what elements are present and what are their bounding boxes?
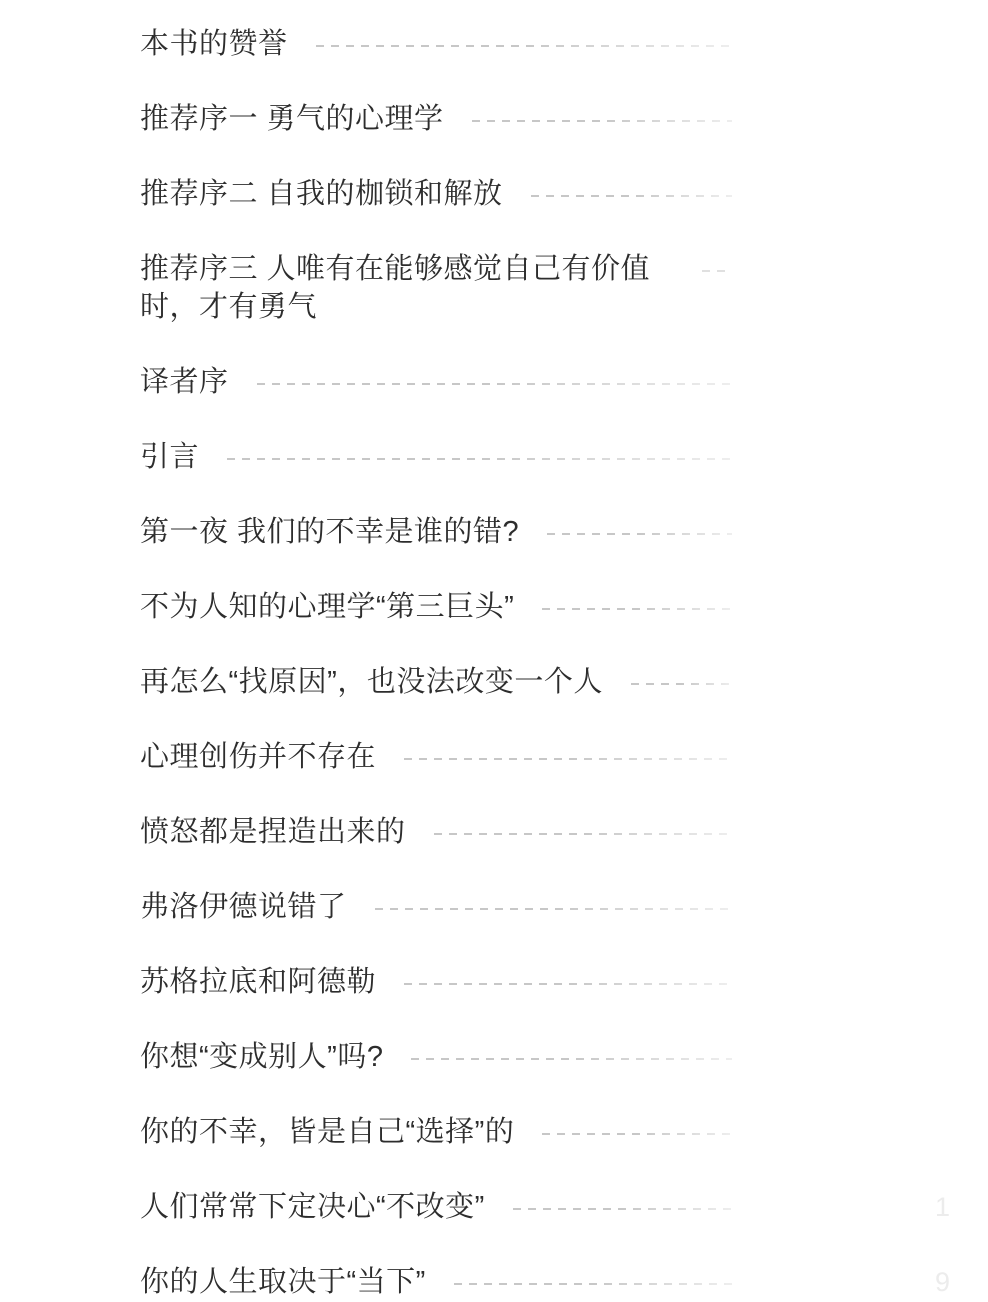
toc-entry-translator-preface[interactable]: 译者序	[140, 363, 732, 401]
toc-entry-label: 心理创伤并不存在	[140, 738, 376, 776]
toc-entry-foreword-2[interactable]: 推荐序二 自我的枷锁和解放	[140, 175, 732, 213]
dotted-leader	[257, 383, 732, 385]
dotted-leader	[513, 1208, 732, 1210]
dotted-leader	[472, 120, 732, 122]
toc-entry-label: 你想“变成别人”吗?	[140, 1038, 383, 1076]
toc-entry-label: 你的不幸，皆是自己“选择”的	[140, 1113, 514, 1151]
toc-entry-label: 译者序	[140, 363, 229, 401]
toc-entry-foreword-3[interactable]: 推荐序三 人唯有在能够感觉自己有价值 时，才有勇气	[140, 250, 732, 326]
toc-entry-label: 本书的赞誉	[140, 25, 288, 63]
dotted-leader	[531, 195, 732, 197]
toc-entry-unhappiness-chosen[interactable]: 你的不幸，皆是自己“选择”的	[140, 1113, 732, 1151]
toc-entry-third-giant[interactable]: 不为人知的心理学“第三巨头”	[140, 588, 732, 626]
toc-entry-book-praise[interactable]: 本书的赞誉	[140, 25, 732, 63]
dotted-leader	[375, 908, 732, 910]
toc-entry-resolve-not-to-change[interactable]: 人们常常下定决心“不改变” 1	[140, 1188, 732, 1226]
toc-entry-freud-was-wrong[interactable]: 弗洛伊德说错了	[140, 888, 732, 926]
dotted-leader	[404, 758, 732, 760]
table-of-contents: 本书的赞誉 推荐序一 勇气的心理学 推荐序二 自我的枷锁和解放 推荐序三 人唯有…	[0, 0, 988, 1301]
dotted-leader	[631, 683, 732, 685]
toc-entry-finding-causes[interactable]: 再怎么“找原因”，也没法改变一个人	[140, 663, 732, 701]
toc-entry-label: 引言	[140, 438, 199, 476]
dotted-leader	[547, 533, 732, 535]
dotted-leader	[454, 1283, 732, 1285]
toc-entry-trauma-does-not-exist[interactable]: 心理创伤并不存在	[140, 738, 732, 776]
toc-entry-label: 愤怒都是捏造出来的	[140, 813, 406, 851]
toc-entry-life-decided-here-now[interactable]: 你的人生取决于“当下” 9	[140, 1263, 732, 1301]
ghost-page-number: 9	[935, 1263, 951, 1301]
dotted-leader	[434, 833, 732, 835]
toc-entry-foreword-1[interactable]: 推荐序一 勇气的心理学	[140, 100, 732, 138]
dotted-leader-remnant	[702, 270, 728, 272]
dotted-leader	[411, 1058, 732, 1060]
toc-entry-label: 不为人知的心理学“第三巨头”	[140, 588, 514, 626]
dotted-leader	[316, 45, 732, 47]
toc-entry-label: 推荐序二 自我的枷锁和解放	[140, 175, 503, 213]
toc-entry-label: 弗洛伊德说错了	[140, 888, 347, 926]
toc-entry-label: 苏格拉底和阿德勒	[140, 963, 376, 1001]
ghost-page-number: 1	[935, 1188, 951, 1226]
dotted-leader	[542, 1133, 732, 1135]
toc-entry-label: 第一夜 我们的不幸是谁的错?	[140, 513, 519, 551]
toc-entry-label: 再怎么“找原因”，也没法改变一个人	[140, 663, 603, 701]
dotted-leader	[542, 608, 732, 610]
ereader-toc-page: 本书的赞誉 推荐序一 勇气的心理学 推荐序二 自我的枷锁和解放 推荐序三 人唯有…	[0, 0, 988, 1302]
toc-entry-label: 推荐序一 勇气的心理学	[140, 100, 444, 138]
toc-entry-label: 你的人生取决于“当下”	[140, 1263, 426, 1301]
toc-entry-become-someone-else[interactable]: 你想“变成别人”吗?	[140, 1038, 732, 1076]
toc-entry-socrates-adler[interactable]: 苏格拉底和阿德勒	[140, 963, 732, 1001]
toc-entry-anger-fabricated[interactable]: 愤怒都是捏造出来的	[140, 813, 732, 851]
toc-entry-label: 推荐序三 人唯有在能够感觉自己有价值 时，才有勇气	[140, 250, 650, 326]
toc-entry-label: 人们常常下定决心“不改变”	[140, 1188, 485, 1226]
toc-entry-night-1[interactable]: 第一夜 我们的不幸是谁的错?	[140, 513, 732, 551]
toc-entry-introduction[interactable]: 引言	[140, 438, 732, 476]
dotted-leader	[404, 983, 732, 985]
dotted-leader	[227, 458, 732, 460]
